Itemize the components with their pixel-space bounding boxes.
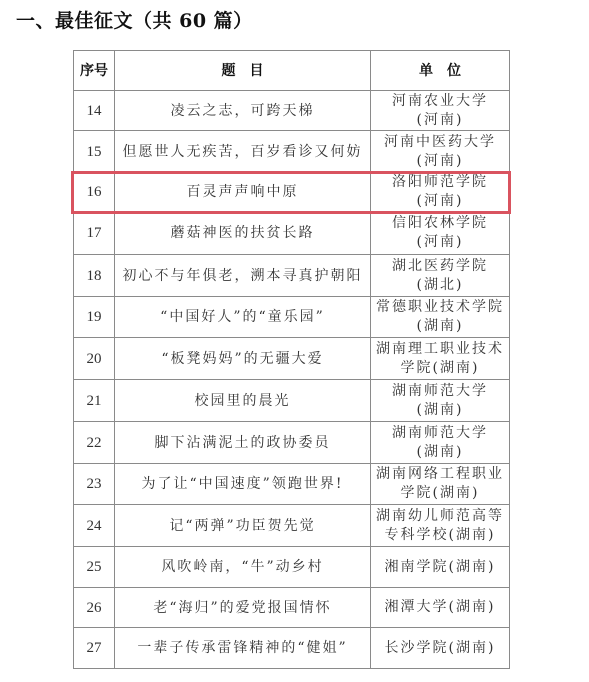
table-header-row: 序号 题 目 单 位 (74, 51, 510, 91)
unit-line-1: 湖南理工职业技术 (371, 340, 509, 359)
table-row: 23 为了让“中国速度”领跑世界! 湖南网络工程职业学院(湖南) (74, 464, 510, 505)
row-num: 27 (74, 628, 115, 669)
table-row: 25 风吹岭南，“牛”动乡村 湘南学院(湖南) (74, 547, 510, 588)
unit-line-2: (河南) (371, 111, 509, 130)
table-row: 19 “中国好人”的“童乐园” 常德职业技术学院(湖南) (74, 297, 510, 338)
table-row: 14 凌云之志，可跨天梯 河南农业大学(河南) (74, 91, 510, 131)
row-unit: 洛阳师范学院(河南) (371, 173, 510, 212)
row-title: “中国好人”的“童乐园” (115, 297, 371, 338)
row-num: 23 (74, 464, 115, 505)
row-title: 初心不与年俱老，溯本寻真护朝阳 (115, 255, 371, 297)
row-unit: 湖南幼儿师范高等专科学校(湖南) (371, 505, 510, 547)
row-num: 25 (74, 547, 115, 588)
awards-table: 序号 题 目 单 位 14 凌云之志，可跨天梯 河南农业大学(河南) 15 但愿… (73, 50, 510, 669)
row-unit: 信阳农林学院(河南) (371, 212, 510, 255)
section-title: 一、最佳征文（共 60 篇） (16, 6, 253, 33)
row-title: 一辈子传承雷锋精神的“健姐” (115, 628, 371, 669)
unit-line-1: 河南农业大学 (371, 92, 509, 111)
row-title: “板凳妈妈”的无疆大爱 (115, 338, 371, 380)
table-row-highlighted: 16 百灵声声响中原 洛阳师范学院(河南) (74, 173, 510, 212)
unit-line-1: 信阳农林学院 (371, 214, 509, 233)
row-unit: 湖南理工职业技术学院(湖南) (371, 338, 510, 380)
row-title: 脚下沾满泥土的政协委员 (115, 422, 371, 464)
unit-line-2: (河南) (371, 192, 509, 211)
row-unit: 河南中医药大学(河南) (371, 131, 510, 173)
row-title: 但愿世人无疾苦，百岁看诊又何妨 (115, 131, 371, 173)
unit-line-1: 湖南师范大学 (371, 382, 509, 401)
header-num: 序号 (74, 51, 115, 91)
row-unit: 湘潭大学(湖南) (371, 588, 510, 628)
row-num: 18 (74, 255, 115, 297)
row-title: 凌云之志，可跨天梯 (115, 91, 371, 131)
unit-line-2: (河南) (371, 233, 509, 252)
unit-line-2: (湖北) (371, 276, 509, 295)
unit-line-2: (湖南) (371, 443, 509, 462)
unit-line-1: 常德职业技术学院 (371, 298, 509, 317)
row-unit: 湖北医药学院(湖北) (371, 255, 510, 297)
unit-line-2: (湖南) (371, 401, 509, 420)
row-num: 15 (74, 131, 115, 173)
row-num: 24 (74, 505, 115, 547)
row-title: 记“两弹”功臣贺先觉 (115, 505, 371, 547)
row-num: 16 (74, 173, 115, 212)
table-row: 15 但愿世人无疾苦，百岁看诊又何妨 河南中医药大学(河南) (74, 131, 510, 173)
table-row: 17 蘑菇神医的扶贫长路 信阳农林学院(河南) (74, 212, 510, 255)
row-num: 20 (74, 338, 115, 380)
table-row: 18 初心不与年俱老，溯本寻真护朝阳 湖北医药学院(湖北) (74, 255, 510, 297)
table-row: 26 老“海归”的爱党报国情怀 湘潭大学(湖南) (74, 588, 510, 628)
unit-line-2: 学院(湖南) (371, 484, 509, 503)
row-num: 22 (74, 422, 115, 464)
unit-line-1: 湖南网络工程职业 (371, 465, 509, 484)
row-num: 19 (74, 297, 115, 338)
header-title: 题 目 (115, 51, 371, 91)
row-unit: 河南农业大学(河南) (371, 91, 510, 131)
row-num: 14 (74, 91, 115, 131)
row-unit: 湖南网络工程职业学院(湖南) (371, 464, 510, 505)
unit-line-1: 洛阳师范学院 (371, 173, 509, 192)
row-unit: 湖南师范大学(湖南) (371, 380, 510, 422)
row-title: 风吹岭南，“牛”动乡村 (115, 547, 371, 588)
row-title: 蘑菇神医的扶贫长路 (115, 212, 371, 255)
row-num: 21 (74, 380, 115, 422)
row-unit: 长沙学院(湖南) (371, 628, 510, 669)
row-unit: 湘南学院(湖南) (371, 547, 510, 588)
table-row: 22 脚下沾满泥土的政协委员 湖南师范大学(湖南) (74, 422, 510, 464)
unit-line-2: (河南) (371, 152, 509, 171)
row-unit: 湖南师范大学(湖南) (371, 422, 510, 464)
table-row: 24 记“两弹”功臣贺先觉 湖南幼儿师范高等专科学校(湖南) (74, 505, 510, 547)
table-row: 27 一辈子传承雷锋精神的“健姐” 长沙学院(湖南) (74, 628, 510, 669)
table-row: 20 “板凳妈妈”的无疆大爱 湖南理工职业技术学院(湖南) (74, 338, 510, 380)
row-unit: 常德职业技术学院(湖南) (371, 297, 510, 338)
row-title: 校园里的晨光 (115, 380, 371, 422)
row-title: 老“海归”的爱党报国情怀 (115, 588, 371, 628)
row-num: 26 (74, 588, 115, 628)
header-unit: 单 位 (371, 51, 510, 91)
unit-line-2: 学院(湖南) (371, 359, 509, 378)
unit-line-1: 湖南师范大学 (371, 424, 509, 443)
row-num: 17 (74, 212, 115, 255)
unit-line-2: 专科学校(湖南) (371, 526, 509, 545)
unit-line-1: 湖北医药学院 (371, 257, 509, 276)
table-row: 21 校园里的晨光 湖南师范大学(湖南) (74, 380, 510, 422)
row-title: 为了让“中国速度”领跑世界! (115, 464, 371, 505)
row-title: 百灵声声响中原 (115, 173, 371, 212)
unit-line-1: 河南中医药大学 (371, 133, 509, 152)
unit-line-2: (湖南) (371, 317, 509, 336)
unit-line-1: 湖南幼儿师范高等 (371, 507, 509, 526)
